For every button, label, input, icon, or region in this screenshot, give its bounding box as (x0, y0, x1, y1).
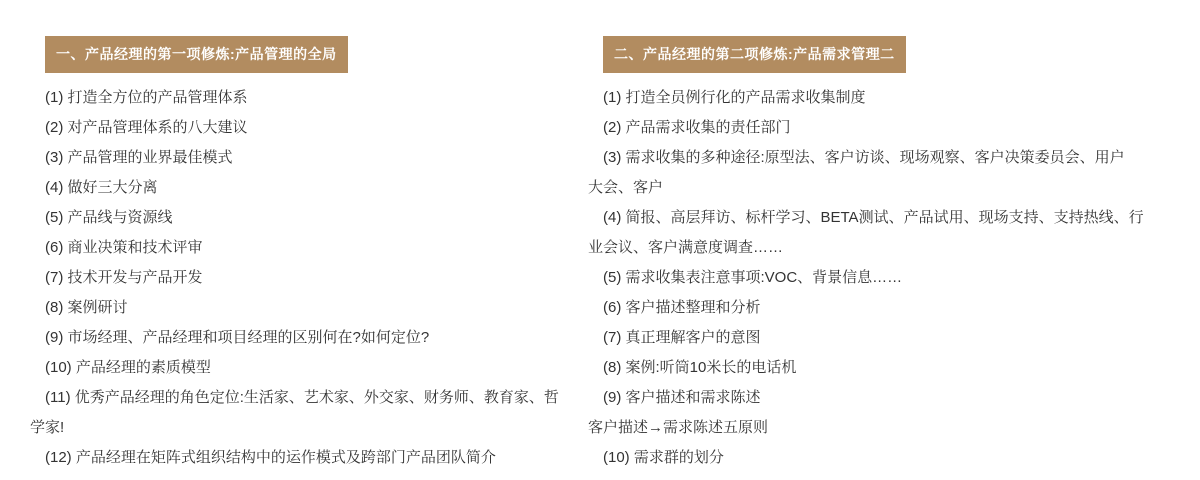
course-outline-page: 一、产品经理的第一项修炼:产品管理的全局 (1) 打造全方位的产品管理体系(2)… (0, 0, 1200, 480)
list-item: (1) 打造全方位的产品管理体系 (30, 83, 588, 113)
list-item: (1) 打造全员例行化的产品需求收集制度 (588, 83, 1188, 113)
list-item: (3) 产品管理的业界最佳模式 (30, 143, 588, 173)
list-item: (5) 产品线与资源线 (30, 203, 588, 233)
list-item: (8) 案例:听筒10米长的电话机 (588, 353, 1188, 383)
list-item: (7) 真正理解客户的意图 (588, 323, 1188, 353)
list-item: (8) 案例研讨 (30, 293, 588, 323)
list-item: 客户描述→需求陈述五原则 (588, 413, 1188, 443)
section-requirement-management: 二、产品经理的第二项修炼:产品需求管理二 (1) 打造全员例行化的产品需求收集制… (588, 36, 1188, 473)
list-item: (9) 客户描述和需求陈述 (588, 383, 1188, 413)
section-1-header: 一、产品经理的第一项修炼:产品管理的全局 (45, 36, 348, 73)
list-item: (3) 需求收集的多种途径:原型法、客户访谈、现场观察、客户决策委员会、用户 大… (588, 143, 1188, 203)
list-item: (5) 需求收集表注意事项:VOC、背景信息…… (588, 263, 1188, 293)
list-item: (4) 做好三大分离 (30, 173, 588, 203)
section-1-list: (1) 打造全方位的产品管理体系(2) 对产品管理体系的八大建议(3) 产品管理… (30, 83, 588, 473)
section-2-header: 二、产品经理的第二项修炼:产品需求管理二 (603, 36, 906, 73)
section-2-list: (1) 打造全员例行化的产品需求收集制度(2) 产品需求收集的责任部门(3) 需… (588, 83, 1188, 473)
list-item: (2) 对产品管理体系的八大建议 (30, 113, 588, 143)
list-item: (4) 简报、高层拜访、标杆学习、BETA测试、产品试用、现场支持、支持热线、行… (588, 203, 1188, 263)
list-item: (2) 产品需求收集的责任部门 (588, 113, 1188, 143)
list-item: (9) 市场经理、产品经理和项目经理的区别何在?如何定位? (30, 323, 588, 353)
list-item: (12) 产品经理在矩阵式组织结构中的运作模式及跨部门产品团队简介 (30, 443, 588, 473)
section-product-management: 一、产品经理的第一项修炼:产品管理的全局 (1) 打造全方位的产品管理体系(2)… (30, 36, 588, 473)
list-item: (6) 客户描述整理和分析 (588, 293, 1188, 323)
list-item: (10) 产品经理的素质模型 (30, 353, 588, 383)
list-item: (6) 商业决策和技术评审 (30, 233, 588, 263)
list-item: (11) 优秀产品经理的角色定位:生活家、艺术家、外交家、财务师、教育家、哲 学… (30, 383, 588, 443)
list-item: (7) 技术开发与产品开发 (30, 263, 588, 293)
list-item: (10) 需求群的划分 (588, 443, 1188, 473)
